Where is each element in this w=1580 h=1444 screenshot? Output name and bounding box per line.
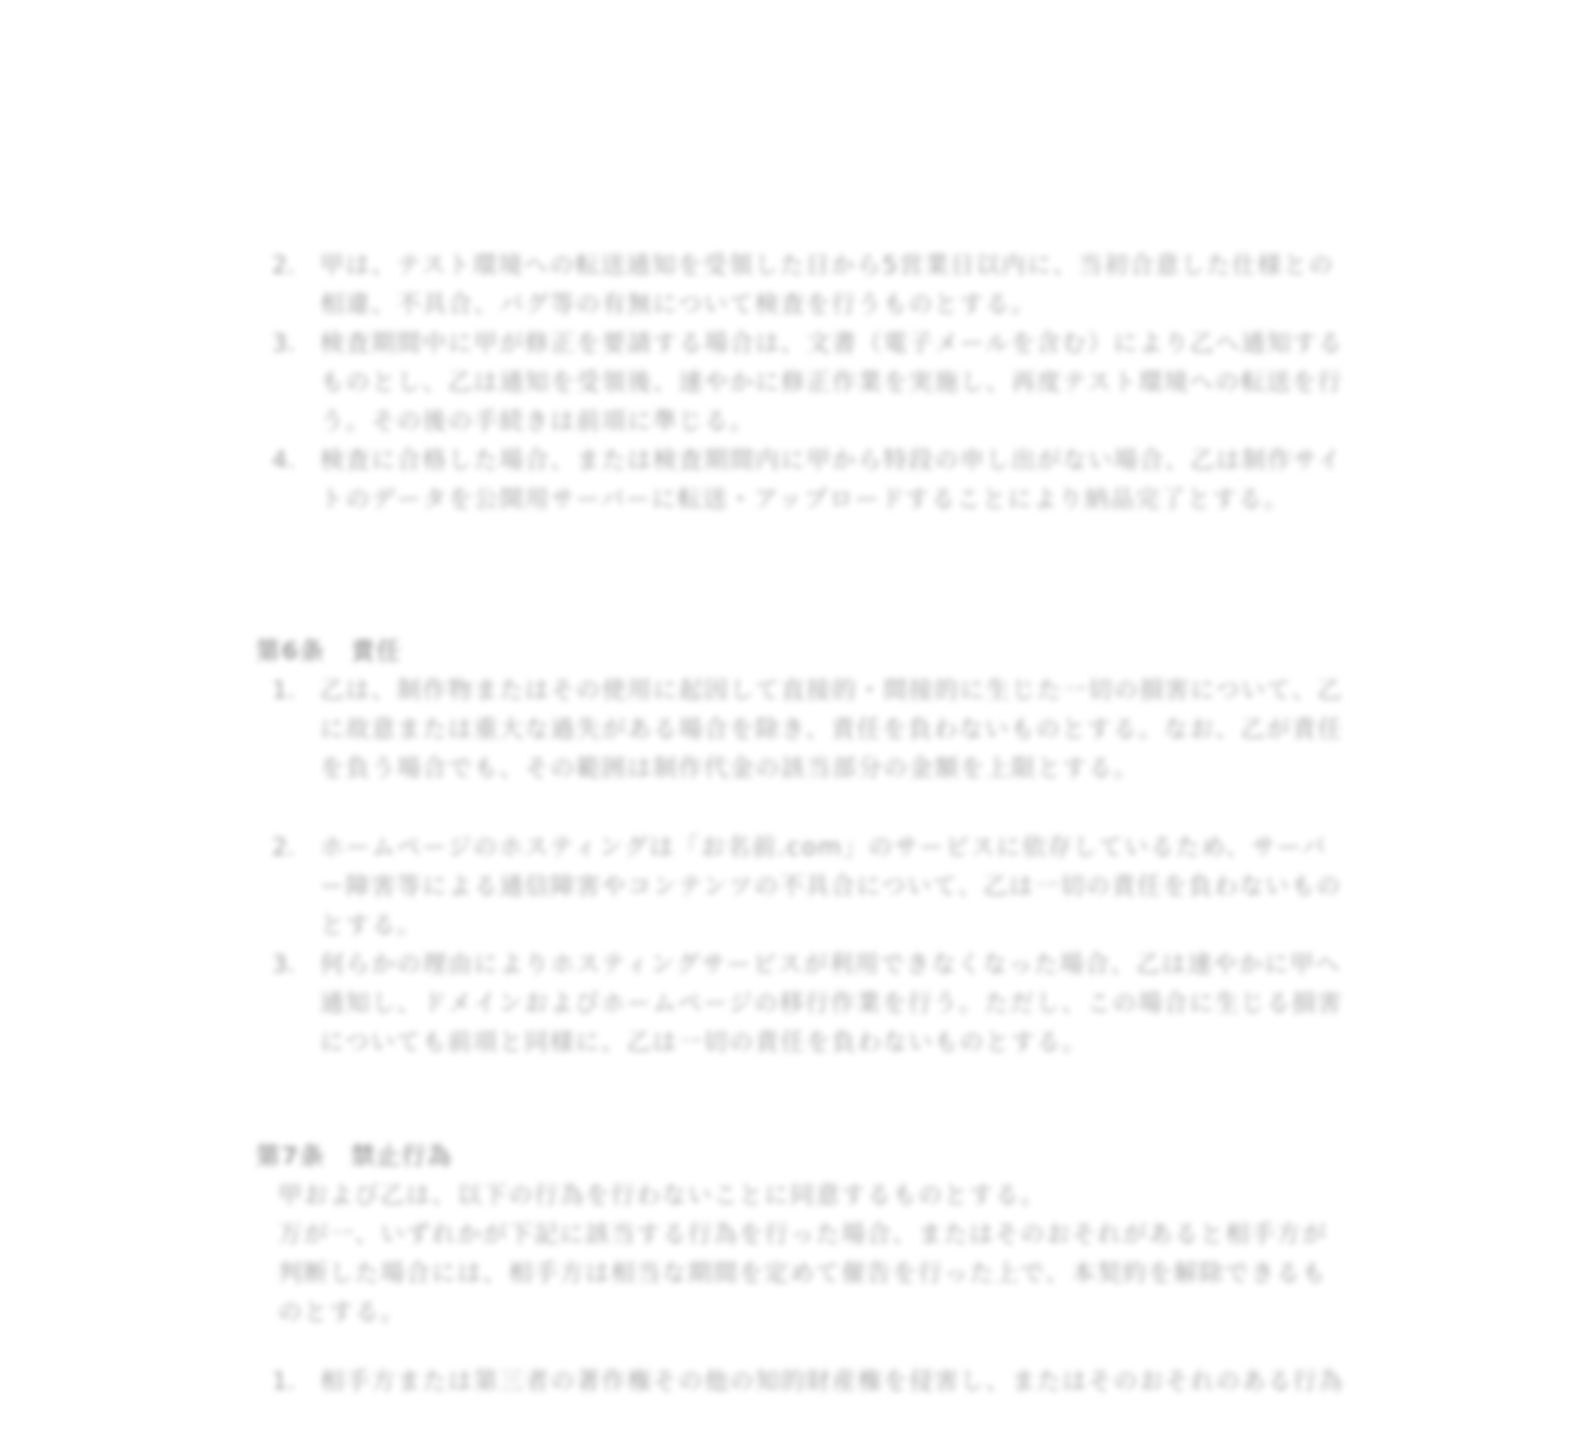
item-text: 乙は、制作物またはその使用に起因して直接的・間接的に生じた一切の損害について、乙…	[320, 671, 1352, 788]
item-number: 2.	[272, 246, 312, 285]
item-text: 甲は、テスト環境への転送通知を受領した日から5営業日以内に、当初合意した仕様との…	[320, 246, 1352, 324]
list-item: 2. ホームページのホスティングは「お名前.com」のサービスに依存しているため…	[272, 828, 1352, 945]
item-number: 1.	[272, 671, 312, 710]
document-page: 2. 甲は、テスト環境への転送通知を受領した日から5営業日以内に、当初合意した仕…	[0, 0, 1580, 1444]
item-text: 検査に合格した場合、または検査期間内に甲から特段の申し出がない場合、乙は制作サイ…	[320, 441, 1352, 519]
list-item: 3. 検査期間中に甲が修正を要請する場合は、文書（電子メールを含む）により乙へ通…	[272, 324, 1352, 441]
list-item: 3. 何らかの理由によりホスティングサービスが利用できなくなった場合、乙は速やか…	[272, 945, 1352, 1062]
section-intro: 甲および乙は、以下の行為を行わないことに同意するものとする。	[278, 1176, 1344, 1215]
list-item: 4. 検査に合格した場合、または検査期間内に甲から特段の申し出がない場合、乙は制…	[272, 441, 1352, 519]
item-number: 3.	[272, 324, 312, 363]
item-text: 検査期間中に甲が修正を要請する場合は、文書（電子メールを含む）により乙へ通知する…	[320, 324, 1352, 441]
item-text: 何らかの理由によりホスティングサービスが利用できなくなった場合、乙は速やかに甲へ…	[320, 945, 1352, 1062]
item-number: 2.	[272, 828, 312, 867]
item-number: 4.	[272, 441, 312, 480]
item-text: ホームページのホスティングは「お名前.com」のサービスに依存しているため、サー…	[320, 828, 1352, 945]
section-paragraph: 万が一、いずれかが下記に該当する行為を行った場合、またはそのおそれがあると相手方…	[278, 1215, 1344, 1332]
list-item: 1. 乙は、制作物またはその使用に起因して直接的・間接的に生じた一切の損害につい…	[272, 671, 1352, 788]
section-heading: 第6条 責任	[256, 632, 402, 671]
item-number: 3.	[272, 945, 312, 984]
section-heading: 第7条 禁止行為	[256, 1137, 453, 1176]
list-item: 1. 相手方または第三者の著作権その他の知的財産権を侵害し、またはそのおそれのあ…	[272, 1362, 1352, 1401]
list-item: 2. 甲は、テスト環境への転送通知を受領した日から5営業日以内に、当初合意した仕…	[272, 246, 1352, 324]
item-number: 1.	[272, 1362, 312, 1401]
item-text: 相手方または第三者の著作権その他の知的財産権を侵害し、またはそのおそれのある行為	[320, 1362, 1352, 1401]
